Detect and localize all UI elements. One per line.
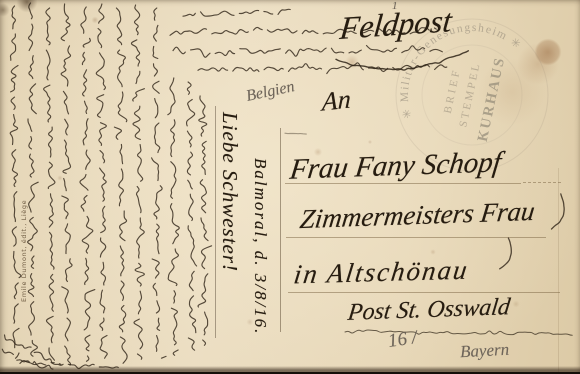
address-intro: An bbox=[322, 86, 352, 115]
script-stroke bbox=[10, 6, 21, 358]
script-stroke bbox=[345, 330, 572, 335]
address-line-post: Post St. Osswald bbox=[347, 295, 512, 325]
pencil-mark-one: 1 bbox=[392, 1, 398, 12]
pencil-note-number: 16 / bbox=[387, 328, 418, 351]
postcard-scan: ✳ Militär-Genesungsheim ✳ BRIEF STEMPEL … bbox=[0, 0, 580, 374]
script-stroke bbox=[5, 335, 61, 364]
scan-bottom-edge bbox=[0, 366, 580, 374]
script-stroke bbox=[114, 8, 127, 363]
pencil-note-region: Bayern bbox=[460, 341, 510, 361]
script-stroke bbox=[500, 238, 512, 269]
message-salutation: Liebe Schwester! bbox=[219, 112, 240, 312]
script-stroke bbox=[131, 5, 144, 359]
address-line-recipient: Frau Fany Schopf bbox=[288, 148, 502, 185]
script-stroke bbox=[183, 9, 290, 16]
script-stroke bbox=[285, 133, 306, 134]
script-stroke bbox=[187, 82, 197, 350]
script-stroke bbox=[552, 194, 565, 229]
message-dateline: Balmoral, d. 3/8/16. bbox=[252, 158, 269, 368]
script-stroke bbox=[168, 78, 179, 355]
stamp-line-brief: BRIEF bbox=[442, 67, 463, 115]
script-stroke bbox=[198, 96, 212, 345]
script-stroke bbox=[96, 4, 107, 358]
script-stroke bbox=[61, 4, 72, 365]
script-stroke bbox=[44, 8, 55, 360]
stamp-center-text: BRIEF STEMPEL KURHAUS bbox=[438, 47, 509, 143]
script-stroke bbox=[28, 3, 39, 363]
script-stroke bbox=[152, 8, 166, 358]
script-stroke bbox=[80, 7, 95, 361]
address-line-place: in Altschönau bbox=[292, 257, 470, 289]
publisher-imprint: Emile Dumont, édit., Liège bbox=[20, 200, 28, 302]
script-stroke bbox=[173, 46, 442, 58]
